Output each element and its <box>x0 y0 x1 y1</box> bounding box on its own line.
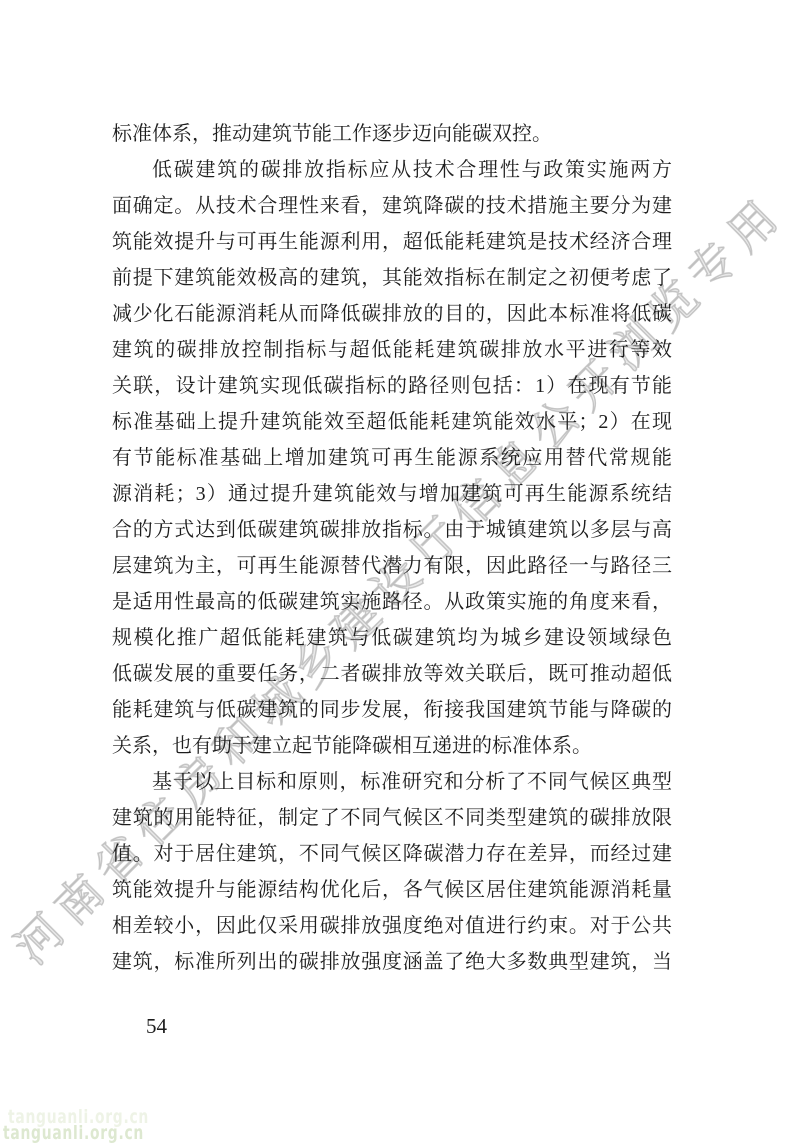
text-line: 层建筑为主，可再生能源替代潜力有限，因此路径一与路径三 <box>112 548 672 584</box>
site-watermark-faint: tanguanli.org.cn <box>8 1106 149 1128</box>
text-line: 低碳建筑的碳排放指标应从技术合理性与政策实施两方 <box>112 152 672 188</box>
text-line: 是适用性最高的低碳建筑实施路径。从政策实施的角度来看， <box>112 584 672 620</box>
text-line: 值。对于居住建筑，不同气候区降碳潜力存在差异，而经过建 <box>112 836 672 872</box>
text-line: 前提下建筑能效极高的建筑，其能效指标在制定之初便考虑了 <box>112 260 672 296</box>
text-line: 能耗建筑与低碳建筑的同步发展，衔接我国建筑节能与降碳的 <box>112 692 672 728</box>
text-line: 标准基础上提升建筑能效至超低能耗建筑能效水平；2）在现 <box>112 404 672 440</box>
text-line: 低碳发展的重要任务，二者碳排放等效关联后，既可推动超低 <box>112 656 672 692</box>
text-line: 筑能效提升与能源结构优化后，各气候区居住建筑能源消耗量 <box>112 872 672 908</box>
document-page: 河南省住房和城乡建设厅信息公开浏览专用 标准体系，推动建筑节能工作逐步迈向能碳双… <box>0 0 788 1145</box>
text-line: 基于以上目标和原则，标准研究和分析了不同气候区典型 <box>112 764 672 800</box>
text-line: 建筑，标准所列出的碳排放强度涵盖了绝大多数典型建筑，当 <box>112 944 672 980</box>
text-line: 相差较小，因此仅采用碳排放强度绝对值进行约束。对于公共 <box>112 908 672 944</box>
text-line: 源消耗；3）通过提升建筑能效与增加建筑可再生能源系统结 <box>112 476 672 512</box>
page-number: 54 <box>146 1014 167 1039</box>
text-line: 规模化推广超低能耗建筑与低碳建筑均为城乡建设领域绿色 <box>112 620 672 656</box>
text-line: 关联，设计建筑实现低碳指标的路径则包括：1）在现有节能 <box>112 368 672 404</box>
text-line: 关系，也有助于建立起节能降碳相互递进的标准体系。 <box>112 728 672 764</box>
text-line: 筑能效提升与可再生能源利用，超低能耗建筑是技术经济合理 <box>112 224 672 260</box>
text-line: 标准体系，推动建筑节能工作逐步迈向能碳双控。 <box>112 116 672 152</box>
text-line: 面确定。从技术合理性来看，建筑降碳的技术措施主要分为建 <box>112 188 672 224</box>
body-text: 标准体系，推动建筑节能工作逐步迈向能碳双控。 低碳建筑的碳排放指标应从技术合理性… <box>112 116 672 980</box>
text-line: 合的方式达到低碳建筑碳排放指标。由于城镇建筑以多层与高 <box>112 512 672 548</box>
text-line: 减少化石能源消耗从而降低碳排放的目的，因此本标准将低碳 <box>112 296 672 332</box>
text-line: 有节能标准基础上增加建筑可再生能源系统应用替代常规能 <box>112 440 672 476</box>
text-line: 建筑的碳排放控制指标与超低能耗建筑碳排放水平进行等效 <box>112 332 672 368</box>
text-line: 建筑的用能特征，制定了不同气候区不同类型建筑的碳排放限 <box>112 800 672 836</box>
site-watermark: tanguanli.org.cn <box>3 1122 144 1144</box>
